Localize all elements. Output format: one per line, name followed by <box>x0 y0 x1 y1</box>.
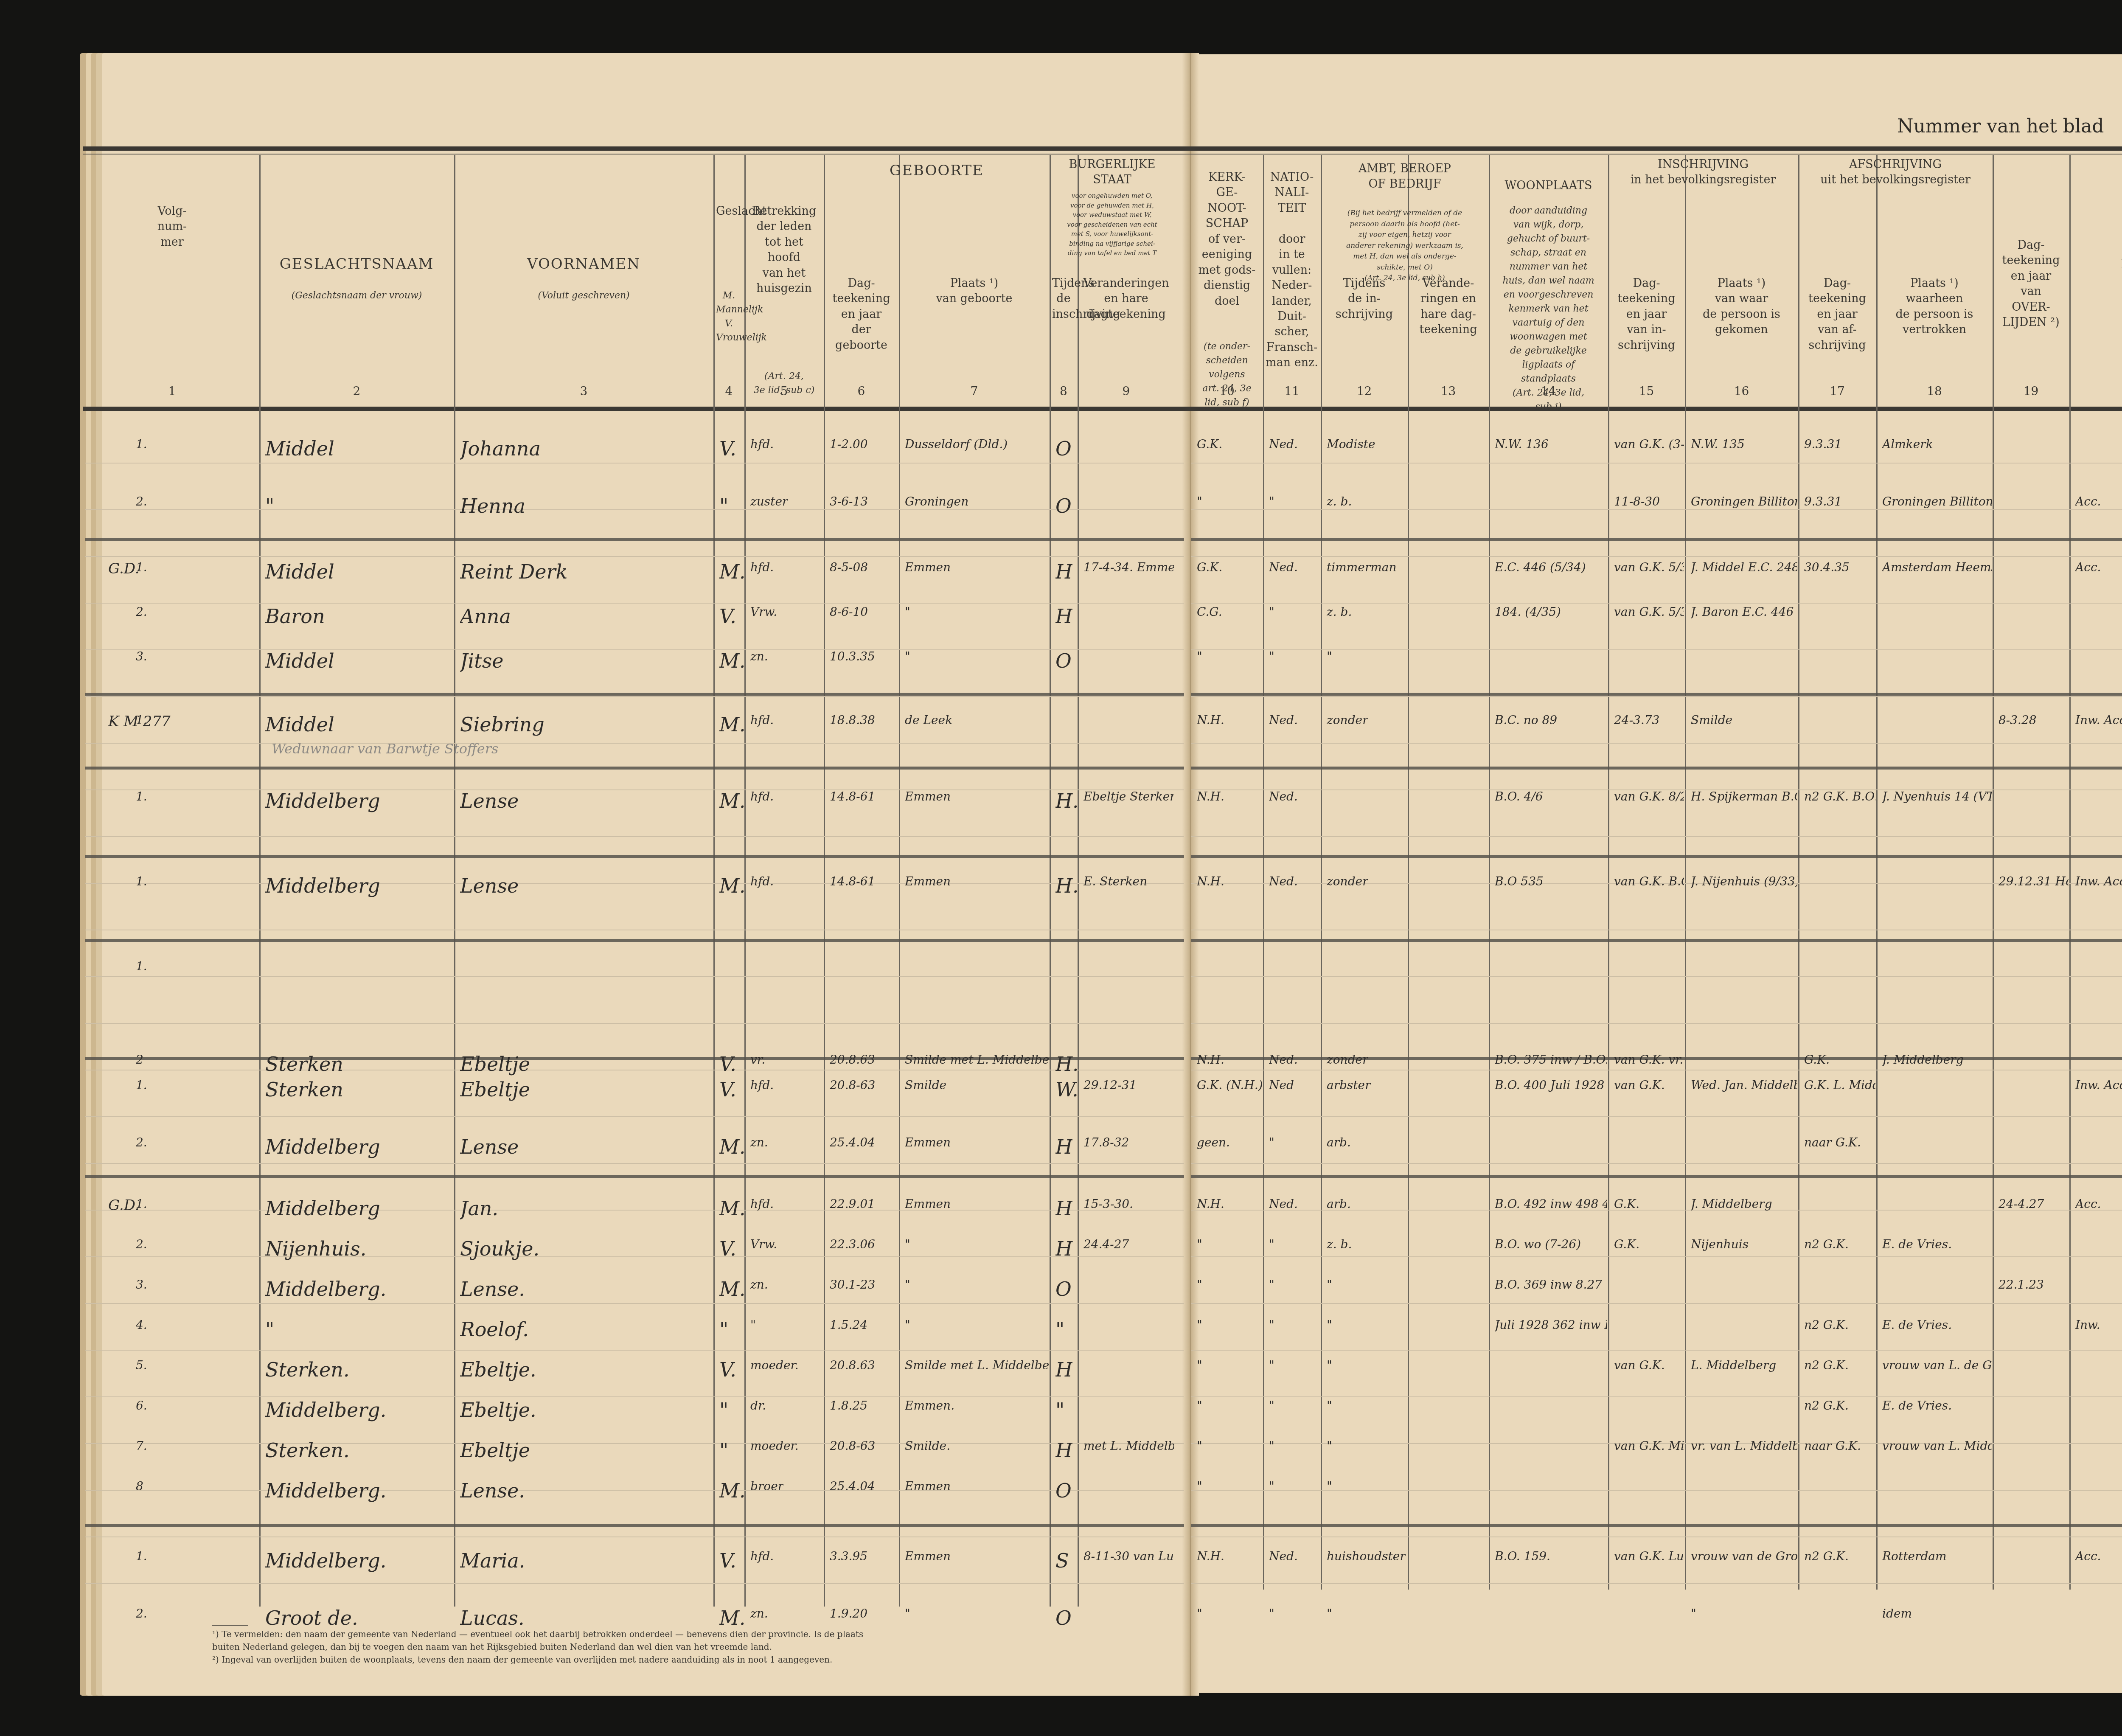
entry-occ: z. b. <box>1327 1237 1352 1251</box>
entry-given: Sjoukje. <box>460 1237 539 1260</box>
ruled-line <box>85 556 1184 557</box>
entry-civil-change: Ebeltje Sterken <box>1083 789 1174 803</box>
entry-given: Maria. <box>460 1549 525 1572</box>
entry-occ: zonder <box>1327 874 1368 888</box>
entry-out-to: Groningen Billitonstr. 66a <box>1882 494 1992 508</box>
entry-n: 2. <box>136 1135 147 1149</box>
entry-rel: zuster <box>750 494 788 508</box>
entry-out-date: G.K. L. Middelberg <box>1804 1078 1875 1092</box>
entry-notes: Acc. <box>2075 494 2101 508</box>
entry-out-date: n2 G.K. <box>1804 1399 1849 1413</box>
entry-place: " <box>905 605 910 619</box>
header-top-thin-rule <box>83 154 2122 154</box>
column-number-19: 19 <box>2014 384 2048 398</box>
entry-church: geen. <box>1197 1135 1230 1149</box>
entry-out-to: E. de Vries. <box>1882 1399 1952 1413</box>
entry-surname: Middel <box>265 649 334 672</box>
entry-sex: " <box>719 1399 728 1421</box>
entry-place: Emmen <box>905 1135 951 1149</box>
entry-surname: Sterken. <box>265 1358 350 1381</box>
entry-given: Lense <box>460 874 519 897</box>
entry-n: 2. <box>136 1607 147 1621</box>
entry-n: 4. <box>136 1318 147 1332</box>
entry-addr: B.O. 4/6 <box>1495 789 1543 803</box>
entry-rel: zn. <box>750 1607 768 1621</box>
ruled-line <box>1191 1537 2122 1537</box>
entry-born: 3-6-13 <box>830 494 868 508</box>
entry-place: " <box>905 649 910 663</box>
entry-nat: Ned. <box>1269 1549 1298 1563</box>
entry-born: 18.8.38 <box>830 713 875 727</box>
column-divider <box>1608 155 1609 1590</box>
column-divider <box>713 155 715 1607</box>
ruled-line <box>85 1023 1184 1024</box>
entry-n: 1. <box>136 713 147 727</box>
column-subheader-10: (te onder- scheiden volgens art. 24, 3e … <box>1193 340 1260 410</box>
entry-born: 22.3.06 <box>830 1237 875 1251</box>
entry-civil: S <box>1055 1549 1069 1572</box>
entry-surname: Middelberg. <box>265 1399 386 1421</box>
group-header-inschrijving: INSCHRIJVING in het bevolkingsregister <box>1608 157 1798 188</box>
ruled-line <box>85 1070 1184 1070</box>
entry-notes: Inw. <box>2075 1318 2100 1332</box>
entry-place: Emmen <box>905 789 951 803</box>
column-subheader-14: door aanduiding van wijk, dorp, gehucht … <box>1491 204 1606 414</box>
entry-in-from: " <box>1691 1607 1696 1621</box>
ruled-line <box>85 1443 1184 1444</box>
entry-given: Anna <box>460 605 511 628</box>
entry-church: " <box>1197 1278 1202 1292</box>
entry-n: 1. <box>136 1549 147 1563</box>
ruled-line <box>85 789 1184 790</box>
entry-given: Ebeltje. <box>460 1399 536 1421</box>
entry-nat: Ned. <box>1269 437 1298 451</box>
ruled-line <box>85 1537 1184 1537</box>
entry-civil: H <box>1055 1358 1072 1381</box>
column-divider <box>454 155 455 1607</box>
entry-civil: O <box>1055 1278 1072 1301</box>
entry-rel: hfd. <box>750 789 774 803</box>
entry-in-from: J. Middelberg <box>1691 1197 1772 1211</box>
group-header-afschrijving: AFSCHRIJVING uit het bevolkingsregister <box>1798 157 1993 188</box>
entry-church: N.H. <box>1197 713 1224 727</box>
entry-in-date: van G.K. (3-30) <box>1614 437 1684 451</box>
entry-surname: Middelberg <box>265 1135 380 1158</box>
column-number-2: 2 <box>340 384 374 398</box>
entry-sex: V. <box>719 1237 736 1260</box>
household-separator <box>1191 855 2122 858</box>
entry-nat: " <box>1269 1278 1274 1292</box>
household-separator <box>1191 693 2122 696</box>
ruled-line <box>85 743 1184 744</box>
entry-occ: timmerman <box>1327 560 1397 574</box>
entry-in-date: 11-8-30 <box>1614 494 1660 508</box>
entry-n: 1. <box>136 1197 147 1211</box>
entry-civil: H. <box>1055 789 1077 812</box>
entry-given: Jan. <box>460 1197 498 1220</box>
entry-occ: " <box>1327 649 1332 663</box>
entry-out-date: n2 G.K. <box>1804 1318 1849 1332</box>
entry-given: Lense. <box>460 1479 525 1502</box>
column-header-7: Plaats ¹) van geboorte <box>901 276 1047 307</box>
column-number-5: 5 <box>767 384 801 398</box>
column-divider <box>1321 155 1322 1590</box>
entry-in-date: van G.K. Lucas <box>1614 1549 1684 1563</box>
column-number-11: 11 <box>1275 384 1309 398</box>
entry-rel: dr. <box>750 1399 766 1413</box>
footnote-1: ¹) Te vermelden: den naam der gemeente v… <box>212 1628 870 1653</box>
entry-church: G.K. (N.H.) <box>1197 1078 1262 1092</box>
pencil-annotation: Weduwnaar van Barwtje Stoffers <box>272 741 498 757</box>
entry-born: 1.5.24 <box>830 1318 867 1332</box>
entry-born: 1-2.00 <box>830 437 868 451</box>
ruled-line <box>1191 930 2122 930</box>
entry-death: 22.1.23 <box>1998 1278 2044 1292</box>
burgerlijke-staat-note: voor ongehuwden met O, voor de gehuwden … <box>1050 191 1175 258</box>
entry-sex: V. <box>719 1053 736 1076</box>
entry-surname: Middel <box>265 560 334 583</box>
entry-in-from: N.W. 135 <box>1691 437 1745 451</box>
entry-born: 1.9.20 <box>830 1607 867 1621</box>
entry-in-from: vrouw van de Groot. <box>1691 1549 1797 1563</box>
footnote-2: ²) Ingeval van overlijden buiten de woon… <box>212 1653 870 1666</box>
entry-in-date: van G.K. vr. van L. de Groot <box>1614 1053 1684 1067</box>
entry-out-to: Amsterdam Heemstedestr. 5 II <box>1882 560 1992 574</box>
column-header-5: Betrekking der leden tot het hoofd van h… <box>747 204 821 297</box>
column-divider <box>1489 155 1490 1590</box>
column-header-6: Dag- teekening en jaar der geboorte <box>826 276 896 353</box>
column-subheader-4: M. Mannelijk V. Vrouwelijk <box>716 289 742 345</box>
entry-surname: Middel <box>265 713 334 736</box>
column-divider <box>1078 155 1079 1607</box>
ruled-line <box>1191 696 2122 697</box>
entry-out-date: n2 G.K. B.O. 447 <box>1804 789 1875 803</box>
ruled-line <box>85 1350 1184 1351</box>
entry-surname: Nijenhuis. <box>265 1237 366 1260</box>
column-divider <box>1798 155 1799 1590</box>
entry-nat: " <box>1269 1318 1274 1332</box>
entry-church: G.K. <box>1197 560 1222 574</box>
column-number-13: 13 <box>1432 384 1465 398</box>
entry-addr: N.W. 136 <box>1495 437 1549 451</box>
entry-surname: Sterken <box>265 1053 343 1076</box>
entry-civil: O <box>1055 1479 1072 1502</box>
entry-occ: huishoudster <box>1327 1549 1406 1563</box>
entry-in-from: L. Middelberg <box>1691 1358 1776 1372</box>
header-bottom-rule <box>83 407 2122 411</box>
entry-out-to: E. de Vries. <box>1882 1318 1952 1332</box>
ruled-line <box>85 603 1184 604</box>
entry-occ: " <box>1327 1278 1332 1292</box>
entry-civil: O <box>1055 494 1072 517</box>
entry-place: Emmen <box>905 1479 951 1493</box>
column-number-7: 7 <box>957 384 991 398</box>
entry-addr: B.O 535 <box>1495 874 1544 888</box>
entry-place: Dusseldorf (Dld.) <box>905 437 1008 451</box>
entry-nat: " <box>1269 1607 1274 1621</box>
ruled-line <box>1191 556 2122 557</box>
entry-church: " <box>1197 649 1202 663</box>
entry-given: Henna <box>460 494 525 517</box>
entry-civil: " <box>1055 1399 1064 1421</box>
entry-rel: hfd. <box>750 1549 774 1563</box>
entry-born: 8-5-08 <box>830 560 868 574</box>
column-header-1: Volg- num- mer <box>87 204 257 250</box>
entry-n: 3. <box>136 649 147 663</box>
entry-rel: moeder. <box>750 1439 799 1453</box>
entry-nat: " <box>1269 1439 1274 1453</box>
column-number-15: 15 <box>1630 384 1664 398</box>
column-header-11: NATIO- NALI- TEIT door in te vullen: Ned… <box>1266 170 1318 371</box>
household-marker: G.D. <box>108 1197 140 1214</box>
entry-rel: zn. <box>750 649 768 663</box>
entry-n: 2. <box>136 605 147 619</box>
entry-in-from: Wed. Jan. Middelberg 8.27 B.O. 369 inw <box>1691 1078 1797 1092</box>
entry-out-to: vrouw van L. Middelberg <box>1882 1439 1992 1453</box>
entry-nat: Ned. <box>1269 1197 1298 1211</box>
ruled-line <box>1191 1256 2122 1257</box>
entry-church: " <box>1197 1318 1202 1332</box>
entry-born: 20.8-63 <box>830 1078 875 1092</box>
entry-civil-change: 24.4-27 <box>1083 1237 1129 1251</box>
entry-born: 14.8-61 <box>830 789 875 803</box>
entry-in-date: van G.K. 8/29 <box>1614 789 1684 803</box>
entry-out-date: n2 G.K. <box>1804 1237 1849 1251</box>
entry-occ: " <box>1327 1439 1332 1453</box>
column-divider <box>1263 155 1264 1590</box>
entry-civil: W. / H <box>1055 1078 1077 1101</box>
entry-civil-change: 17-4-34. Emmen. <box>1083 560 1174 574</box>
column-header-3: VOORNAMEN <box>457 255 711 274</box>
column-divider <box>1408 155 1409 1590</box>
column-divider <box>744 155 746 1607</box>
entry-n: 3. <box>136 1278 147 1292</box>
entry-n: 1. <box>136 874 147 888</box>
entry-occ: z. b. <box>1327 605 1352 619</box>
column-header-14: WOONPLAATS <box>1491 178 1606 194</box>
ruled-line <box>85 1256 1184 1257</box>
entry-in-date: van G.K. 5/34 <box>1614 560 1684 574</box>
entry-in-from: vr. van L. Middelberg B.O. wo (7-26) 17 … <box>1691 1439 1797 1453</box>
entry-place: Emmen <box>905 1197 951 1211</box>
group-header-ambt: AMBT, BEROEP OF BEDRIJF <box>1321 161 1489 192</box>
entry-occ: " <box>1327 1318 1332 1332</box>
entry-civil: H <box>1055 560 1072 583</box>
entry-rel: hfd. <box>750 1078 774 1092</box>
column-divider <box>2069 155 2071 1590</box>
column-divider <box>899 155 900 1607</box>
household-separator <box>1191 939 2122 942</box>
ruled-line <box>1191 1070 2122 1070</box>
entry-out-date: 9.3.31 <box>1804 437 1842 451</box>
entry-place: Emmen <box>905 560 951 574</box>
entry-civil: H. <box>1055 874 1077 897</box>
entry-sex: M. <box>719 1607 744 1629</box>
entry-church: " <box>1197 1237 1202 1251</box>
column-header-2: GESLACHTSNAAM <box>262 255 452 274</box>
entry-in-from: J. Nijenhuis (9/33) <box>1691 874 1797 888</box>
column-number-12: 12 <box>1347 384 1381 398</box>
column-number-18: 18 <box>1917 384 1951 398</box>
entry-notes: Acc. <box>2075 1549 2101 1563</box>
column-number-1: 1 <box>155 384 189 398</box>
entry-surname: Middelberg <box>265 789 380 812</box>
household-separator <box>85 939 1184 942</box>
entry-addr: Juli 1928 362 inw R.O. <box>1495 1318 1607 1332</box>
entry-given: Siebring <box>460 713 545 736</box>
column-header-17: Dag- teekening en jaar van af- schrijvin… <box>1801 276 1874 353</box>
entry-civil-change: 8-11-30 van Lucas de Groot. <box>1083 1549 1174 1563</box>
entry-sex: M. <box>719 560 744 583</box>
entry-notes: Inw. Acc. <box>2075 1078 2122 1092</box>
ruled-line <box>85 836 1184 837</box>
entry-surname: Middelberg. <box>265 1278 386 1301</box>
entry-out-to: Rotterdam <box>1882 1549 1947 1563</box>
entry-born: 20.8.63 <box>830 1358 875 1372</box>
ruled-line <box>85 1116 1184 1117</box>
ruled-line <box>85 1490 1184 1491</box>
ruled-line <box>1191 1583 2122 1584</box>
entry-given: Ebeltje <box>460 1053 530 1076</box>
entry-surname: Sterken <box>265 1078 343 1101</box>
entry-given: Johanna <box>460 437 541 460</box>
entry-out-date: naar G.K. <box>1804 1439 1861 1453</box>
entry-place: Smilde. <box>905 1439 950 1453</box>
entry-place: " <box>905 1237 910 1251</box>
entry-born: 3.3.95 <box>830 1549 867 1563</box>
entry-nat: " <box>1269 605 1274 619</box>
entry-nat: " <box>1269 1479 1274 1493</box>
column-header-19: Dag- teekening en jaar van OVER- LIJDEN … <box>1995 238 2067 331</box>
entry-civil-change: 17.8-32 <box>1083 1135 1129 1149</box>
ruled-line <box>85 1163 1184 1164</box>
entry-occ: arb. <box>1327 1197 1351 1211</box>
entry-occ: z. b. <box>1327 494 1352 508</box>
entry-n: 8 <box>136 1479 143 1493</box>
entry-in-from: J. Middel E.C. 248 <box>1691 560 1797 574</box>
entry-born: 14.8-61 <box>830 874 875 888</box>
group-header-geboorte: GEBOORTE <box>824 161 1050 181</box>
entry-civil: H <box>1055 1439 1072 1462</box>
entry-born: 1.8.25 <box>830 1399 867 1413</box>
entry-addr: E.C. 446 (5/34) <box>1495 560 1586 574</box>
entry-n: 5. <box>136 1358 147 1372</box>
entry-civil: H / H <box>1055 1237 1077 1260</box>
ruled-line <box>85 509 1184 510</box>
ruled-line <box>1191 1023 2122 1024</box>
entry-in-date: G.K. <box>1614 1197 1639 1211</box>
entry-out-date: G.K. <box>1804 1053 1830 1067</box>
entry-occ: arb. <box>1327 1135 1351 1149</box>
entry-place: " <box>905 1607 910 1621</box>
entry-civil: " <box>1055 1318 1064 1341</box>
entry-out-date: 30.4.35 <box>1804 560 1850 574</box>
entry-surname: Middelberg. <box>265 1549 386 1572</box>
entry-in-date: van G.K. 5/34 <box>1614 605 1684 619</box>
column-header-16: Plaats ¹) van waar de persoon is gekomen <box>1687 276 1796 338</box>
ruled-line <box>85 930 1184 930</box>
entry-church: " <box>1197 1439 1202 1453</box>
entry-in-from: J. Baron E.C. 446 <box>1691 605 1794 619</box>
entry-civil: H <box>1055 1197 1072 1220</box>
entry-sex: V. <box>719 437 736 460</box>
ruled-line <box>1191 1396 2122 1397</box>
entry-out-date: 9.3.31 <box>1804 494 1842 508</box>
entry-church: " <box>1197 1479 1202 1493</box>
entry-civil: O <box>1055 649 1072 672</box>
ambt-note: (Bij het bedrijf vermelden of de persoon… <box>1323 208 1486 284</box>
ruled-line <box>1191 463 2122 463</box>
entry-rel: Vrw. <box>750 605 777 619</box>
entry-rel: zn. <box>750 1135 768 1149</box>
entry-notes: Inw. Acc. <box>2075 874 2122 888</box>
entry-occ: zonder <box>1327 713 1368 727</box>
entry-in-date: van G.K. <box>1614 1078 1665 1092</box>
entry-church: " <box>1197 1358 1202 1372</box>
entry-civil-change: met L. Middelberg <box>1083 1439 1174 1453</box>
entry-n: 2. <box>136 494 147 508</box>
entry-rel: hfd. <box>750 437 774 451</box>
entry-out-to: Almkerk <box>1882 437 1933 451</box>
entry-church: N.H. <box>1197 874 1224 888</box>
entry-nat: Ned <box>1269 1078 1294 1092</box>
column-header-4: Geslacht <box>716 204 742 219</box>
entry-n: 1. <box>136 437 147 451</box>
entry-sex: " <box>719 1439 728 1462</box>
entry-church: " <box>1197 1607 1202 1621</box>
entry-n: 7. <box>136 1439 147 1453</box>
entry-n: 2 <box>136 1053 143 1067</box>
entry-church: N.H. <box>1197 1549 1224 1563</box>
entry-occ: arbster <box>1327 1078 1371 1092</box>
column-header-8: Tijdens de inschrijving <box>1052 276 1075 322</box>
entry-church: N.H. <box>1197 789 1224 803</box>
entry-sex: M. <box>719 874 744 897</box>
entry-sex: V. <box>719 1549 736 1572</box>
column-number-10: 10 <box>1210 384 1244 398</box>
entry-out-to: idem <box>1882 1607 1912 1621</box>
entry-sex: " <box>719 1318 728 1341</box>
entry-sex: M. <box>719 1479 744 1502</box>
group-header-burgerlijke-staat: BURGERLIJKE STAAT <box>1050 157 1175 188</box>
entry-in-date: G.K. <box>1614 1237 1639 1251</box>
entry-addr: B.O. 159. <box>1495 1549 1550 1563</box>
entry-nat: Ned. <box>1269 560 1298 574</box>
ruled-line <box>85 976 1184 977</box>
entry-surname: Groot de. <box>265 1607 358 1629</box>
column-header-18: Plaats ¹) waarheen de persoon is vertrok… <box>1879 276 1990 338</box>
entry-given: Lense <box>460 1135 519 1158</box>
entry-place: Emmen <box>905 1549 951 1563</box>
column-header-9: Veranderingen en hare dagteekening <box>1080 276 1172 322</box>
entry-out-date: n2 G.K. <box>1804 1549 1849 1563</box>
household-separator <box>1191 1524 2122 1527</box>
entry-n: 1. <box>136 959 147 973</box>
entry-nat: " <box>1269 1358 1274 1372</box>
entry-given: Lucas. <box>460 1607 525 1629</box>
entry-given: Jitse <box>460 649 503 672</box>
entry-rel: " <box>750 1318 756 1332</box>
column-number-9: 9 <box>1109 384 1143 398</box>
entry-out-to: vrouw van L. de Groot <box>1882 1358 1992 1372</box>
entry-sex: V. <box>719 1358 736 1381</box>
entry-n: 1. <box>136 560 147 574</box>
column-subheader-20: (Art. 24, 5e lid) <box>2072 272 2122 286</box>
column-divider <box>824 155 825 1607</box>
entry-church: " <box>1197 494 1202 508</box>
column-divider <box>1685 155 1686 1590</box>
entry-civil-change: 29.12-31 <box>1083 1078 1137 1092</box>
